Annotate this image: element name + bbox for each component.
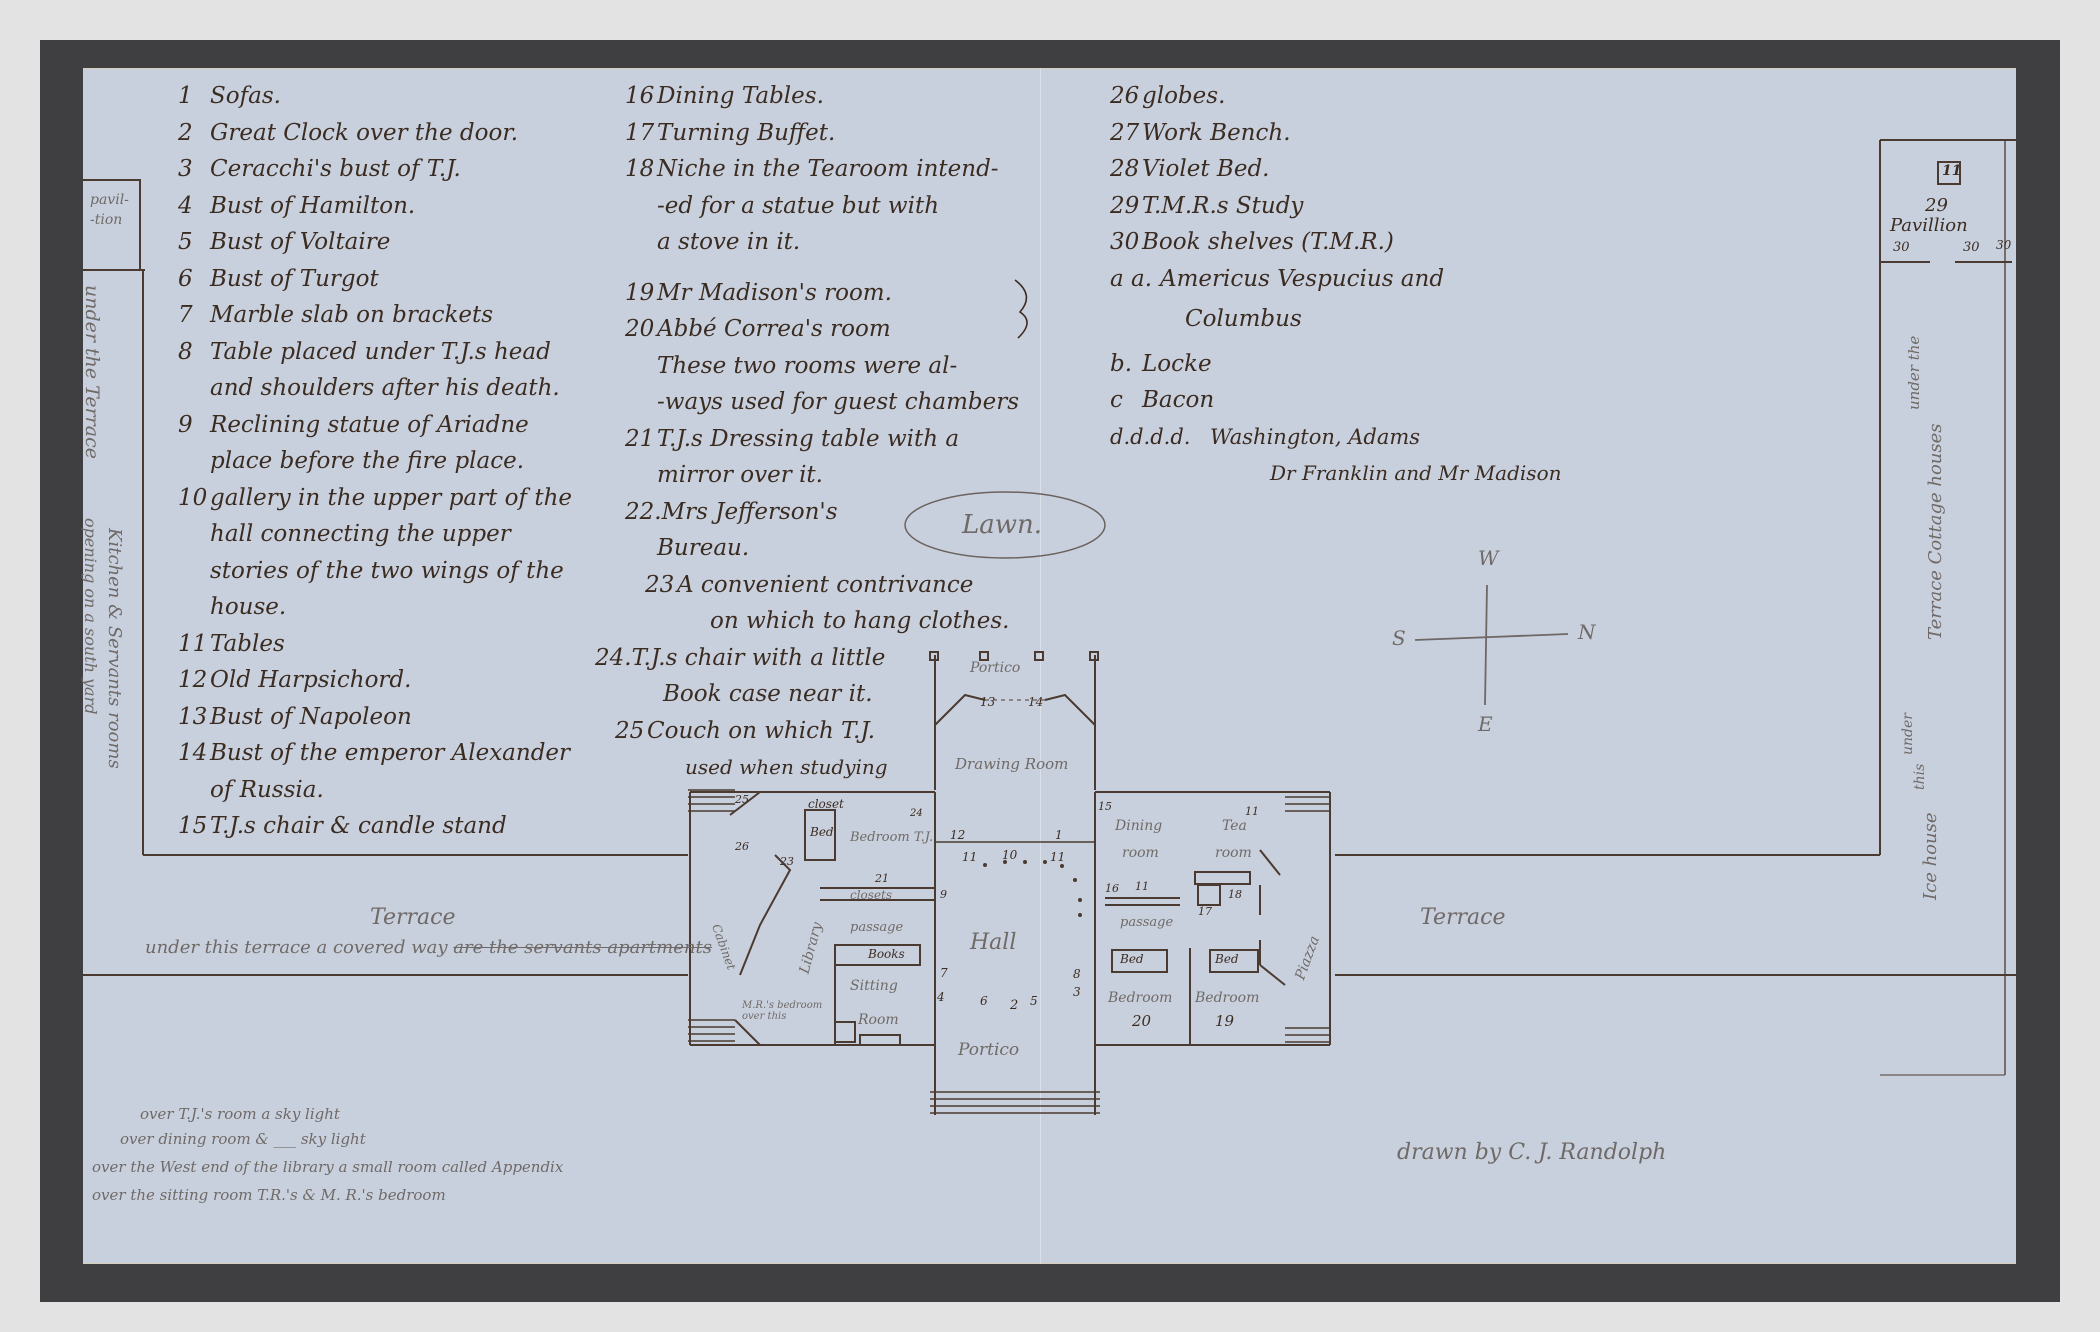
right-pavilion-shelf-right: 30 — [1996, 238, 2011, 252]
plan-label-tea-room: room — [1215, 845, 1252, 861]
bottom-note-skylight-tj: over T.J.'s room a sky light — [140, 1105, 340, 1123]
plan-num-1a: 1 — [1055, 828, 1063, 842]
legend-item: 5Bust of Voltaire — [178, 224, 572, 261]
plan-label-dining: Dining — [1115, 818, 1162, 834]
margin-note-kitchen: Kitchen & Servants rooms — [104, 528, 125, 769]
legend-item-continuation: of Russia. — [178, 772, 572, 809]
legend-item: 2Great Clock over the door. — [178, 115, 572, 152]
legend-item-continuation: mirror over it. — [625, 457, 1019, 494]
legend-item-continuation: Book case near it. — [625, 676, 1019, 713]
plan-num-25: 25 — [735, 793, 749, 806]
legend-item: 9Reclining statue of Ariadne — [178, 407, 572, 444]
plan-label-closet: closet — [808, 797, 844, 811]
plan-num-24: 24 — [910, 808, 923, 819]
legend-item: 4Bust of Hamilton. — [178, 188, 572, 225]
legend-item-continuation: Columbus — [1110, 301, 1562, 338]
legend-item: 16Dining Tables. — [625, 78, 1019, 115]
margin-note-ice-house: Ice house — [1920, 813, 1941, 900]
plan-label-books: Books — [868, 947, 905, 961]
left-pavilion-label: pavil- -tion — [90, 190, 129, 230]
plan-num-11a: 11 — [962, 850, 977, 864]
legend-item: 7Marble slab on brackets — [178, 297, 572, 334]
legend-item: 29T.M.R.s Study — [1110, 188, 1562, 225]
plan-num-4: 4 — [937, 990, 945, 1004]
plan-label-dining-room: room — [1122, 845, 1159, 861]
signature: drawn by C. J. Randolph — [1397, 1140, 1666, 1165]
plan-label-portico-north: Portico — [970, 660, 1020, 676]
legend-item: 17Turning Buffet. — [625, 115, 1019, 152]
legend-item: 30Book shelves (T.M.R.) — [1110, 224, 1562, 261]
plan-label-drawing-room: Drawing Room — [955, 755, 1068, 773]
legend-item: cBacon — [1110, 382, 1562, 419]
legend-item: 21T.J.s Dressing table with a — [625, 421, 1019, 458]
legend-item: 19Mr Madison's room. — [625, 275, 1019, 312]
legend-item-continuation: Bureau. — [625, 530, 1019, 567]
legend-item: 1Sofas. — [178, 78, 572, 115]
lawn-label: Lawn. — [962, 510, 1042, 540]
plan-num-18: 18 — [1228, 888, 1242, 901]
legend-item: 6Bust of Turgot — [178, 261, 572, 298]
compass-north-label: N — [1578, 620, 1596, 644]
legend-item: 28Violet Bed. — [1110, 151, 1562, 188]
legend-item-continuation: place before the fire place. — [178, 443, 572, 480]
legend-right-column: 26globes. 27Work Bench. 28Violet Bed. 29… — [1110, 78, 1562, 492]
plan-label-mr-bedroom: M.R.'s bedroom over this — [742, 1000, 832, 1022]
legend-item-continuation: house. — [178, 589, 572, 626]
legend-item-continuation: stories of the two wings of the — [178, 553, 572, 590]
plan-num-11b: 11 — [1050, 850, 1065, 864]
plan-num-3: 3 — [1073, 985, 1081, 999]
terrace-left-note: under this terrace a covered way are the… — [145, 937, 712, 958]
plan-num-11c: 11 — [1135, 880, 1149, 893]
bottom-note-skylight-dining: over dining room & ___ sky light — [120, 1130, 366, 1148]
legend-item: 27Work Bench. — [1110, 115, 1562, 152]
compass-west-label: W — [1478, 546, 1499, 570]
plan-num-13: 13 — [980, 695, 995, 709]
legend-item: 11Tables — [178, 626, 572, 663]
plan-label-bedroom-tj: Bedroom T.J. — [850, 830, 933, 845]
plan-label-room: Room — [858, 1012, 899, 1028]
plan-num-23: 23 — [780, 855, 794, 868]
legend-item: 22.Mrs Jefferson's — [625, 494, 1019, 531]
plan-label-bedroom-20: Bedroom — [1108, 990, 1172, 1006]
bottom-note-sitting-room: over the sitting room T.R.'s & M. R.'s b… — [92, 1186, 446, 1204]
plan-num-15: 15 — [1098, 800, 1112, 813]
plan-label-bed-19: Bed — [1215, 952, 1239, 966]
legend-item: 14Bust of the emperor Alexander — [178, 735, 572, 772]
legend-left-column: 1Sofas. 2Great Clock over the door. 3Cer… — [178, 78, 572, 845]
legend-item-continuation: a stove in it. — [625, 224, 1019, 261]
margin-note-under-the: under the — [1905, 336, 1923, 410]
legend-item: b.Locke — [1110, 346, 1562, 383]
plan-label-sitting: Sitting — [850, 978, 898, 994]
legend-item-continuation: on which to hang clothes. — [625, 603, 1019, 640]
margin-note-under: under — [1900, 713, 1916, 755]
plan-num-14: 14 — [1028, 695, 1043, 709]
margin-note-cottage-houses: Terrace Cottage houses — [1925, 423, 1946, 640]
legend-item-continuation: and shoulders after his death. — [178, 370, 572, 407]
legend-item: 12Old Harpsichord. — [178, 662, 572, 699]
plan-num-12: 12 — [950, 828, 965, 842]
legend-item-continuation: hall connecting the upper — [178, 516, 572, 553]
plan-label-bedroom-19: Bedroom — [1195, 990, 1259, 1006]
right-pavilion-box-number: 11 — [1942, 163, 1961, 179]
compass-south-label: S — [1392, 626, 1406, 650]
legend-middle-column: 16Dining Tables. 17Turning Buffet. 18Nic… — [625, 78, 1019, 786]
legend-item: 15T.J.s chair & candle stand — [178, 808, 572, 845]
legend-item: 8Table placed under T.J.s head — [178, 334, 572, 371]
plan-num-2: 2 — [1010, 998, 1018, 1013]
plan-num-19: 19 — [1215, 1012, 1234, 1030]
legend-item-continuation: -ed for a statue but with — [625, 188, 1019, 225]
bottom-note-appendix: over the West end of the library a small… — [92, 1158, 563, 1176]
legend-item-continuation: Dr Franklin and Mr Madison — [1110, 455, 1562, 492]
plan-num-20: 20 — [1132, 1012, 1151, 1030]
terrace-left-label: Terrace — [370, 905, 455, 930]
plan-label-bed-tj: Bed — [810, 825, 834, 839]
plan-num-5: 5 — [1030, 994, 1038, 1008]
legend-item: 26globes. — [1110, 78, 1562, 115]
right-pavilion-number: 29 — [1925, 195, 1948, 216]
legend-item-continuation: -ways used for guest chambers — [625, 384, 1019, 421]
legend-item: 10gallery in the upper part of the — [178, 480, 572, 517]
right-pavilion-label: Pavillion — [1890, 215, 1968, 236]
plan-num-10: 10 — [1002, 848, 1017, 862]
plan-num-8: 8 — [1073, 967, 1081, 981]
plan-num-6: 6 — [980, 994, 988, 1008]
terrace-right-label: Terrace — [1420, 905, 1505, 930]
legend-item: 13Bust of Napoleon — [178, 699, 572, 736]
legend-item: These two rooms were al- — [625, 348, 1019, 385]
right-pavilion-shelf-left: 30 — [1893, 240, 1910, 255]
legend-item: 24.T.J.s chair with a little — [595, 640, 1019, 677]
legend-item: 3Ceracchi's bust of T.J. — [178, 151, 572, 188]
plan-label-passage-left: passage — [850, 920, 903, 935]
margin-note-under-terrace: under the Terrace — [81, 285, 103, 459]
plan-label-closets: closets — [850, 888, 892, 902]
plan-label-bed-20: Bed — [1120, 952, 1144, 966]
plan-num-16: 16 — [1105, 882, 1119, 895]
plan-label-hall: Hall — [970, 930, 1016, 955]
plan-num-7: 7 — [940, 966, 948, 980]
legend-item: 25Couch on which T.J. — [615, 713, 1019, 750]
plan-num-26: 26 — [735, 840, 749, 853]
plan-num-21: 21 — [875, 872, 889, 885]
legend-item: 18Niche in the Tearoom intend- — [625, 151, 1019, 188]
plan-label-portico-south: Portico — [958, 1040, 1019, 1060]
legend-item: 20Abbé Correa's room — [625, 311, 1019, 348]
legend-item: a a.Americus Vespucius and — [1110, 261, 1562, 298]
plan-num-17: 17 — [1198, 905, 1212, 918]
right-pavilion-shelf-mid: 30 — [1963, 240, 1980, 255]
plan-num-9: 9 — [940, 888, 947, 901]
plan-label-tea: Tea — [1222, 818, 1247, 834]
margin-note-south-yard: opening on a south yard — [81, 518, 100, 714]
plan-num-11d: 11 — [1245, 805, 1259, 818]
compass-east-label: E — [1478, 712, 1493, 736]
plan-label-passage-right: passage — [1120, 915, 1173, 930]
legend-item: d.d.d.d.Washington, Adams — [1110, 419, 1562, 456]
margin-note-this: this — [1912, 764, 1928, 790]
legend-item: 23A convenient contrivance — [625, 567, 1019, 604]
